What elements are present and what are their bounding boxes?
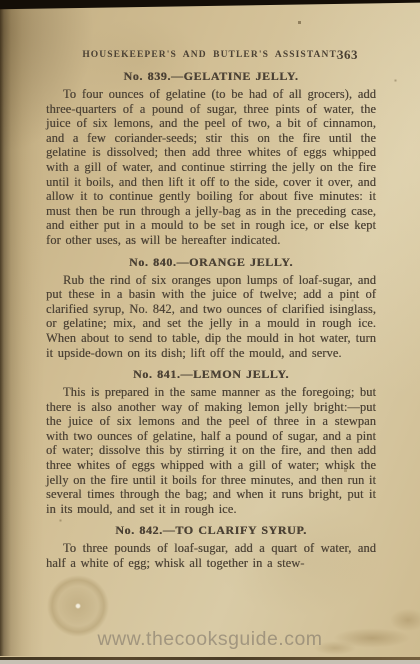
recipe-section-orange-jelly: No. 840.—ORANGE JELLY. Rub the rind of s…: [46, 255, 376, 361]
book-gutter-shadow: [0, 0, 44, 656]
running-title: HOUSEKEEPER'S AND BUTLER'S ASSISTANT.: [82, 50, 339, 60]
running-header: HOUSEKEEPER'S AND BUTLER'S ASSISTANT. 36…: [46, 50, 376, 60]
recipe-body: To four ounces of gelatine (to be had of…: [46, 87, 376, 248]
recipe-heading: No. 840.—ORANGE JELLY.: [46, 255, 376, 270]
recipe-section-clarify-syrup: No. 842.—TO CLARIFY SYRUP. To three poun…: [46, 523, 376, 570]
recipe-body: To three pounds of loaf-sugar, add a qua…: [46, 541, 376, 570]
paper-specks: [0, 0, 1, 1]
page-number: 363: [337, 47, 358, 63]
recipe-heading: No. 841.—LEMON JELLY.: [46, 367, 376, 382]
recipe-heading: No. 839.—GELATINE JELLY.: [46, 69, 376, 84]
recipe-heading: No. 842.—TO CLARIFY SYRUP.: [46, 523, 376, 538]
watermark: www.thecooksguide.com: [0, 628, 420, 651]
page-content: HOUSEKEEPER'S AND BUTLER'S ASSISTANT. 36…: [46, 50, 376, 571]
recipe-section-lemon-jelly: No. 841.—LEMON JELLY. This is prepared i…: [46, 367, 376, 516]
recipe-body: Rub the rind of six oranges upon lumps o…: [46, 273, 376, 361]
recipe-section-gelatine-jelly: No. 839.—GELATINE JELLY. To four ounces …: [46, 69, 376, 248]
scan-background-strip: [0, 660, 420, 664]
recipe-body: This is prepared in the same manner as t…: [46, 385, 376, 516]
